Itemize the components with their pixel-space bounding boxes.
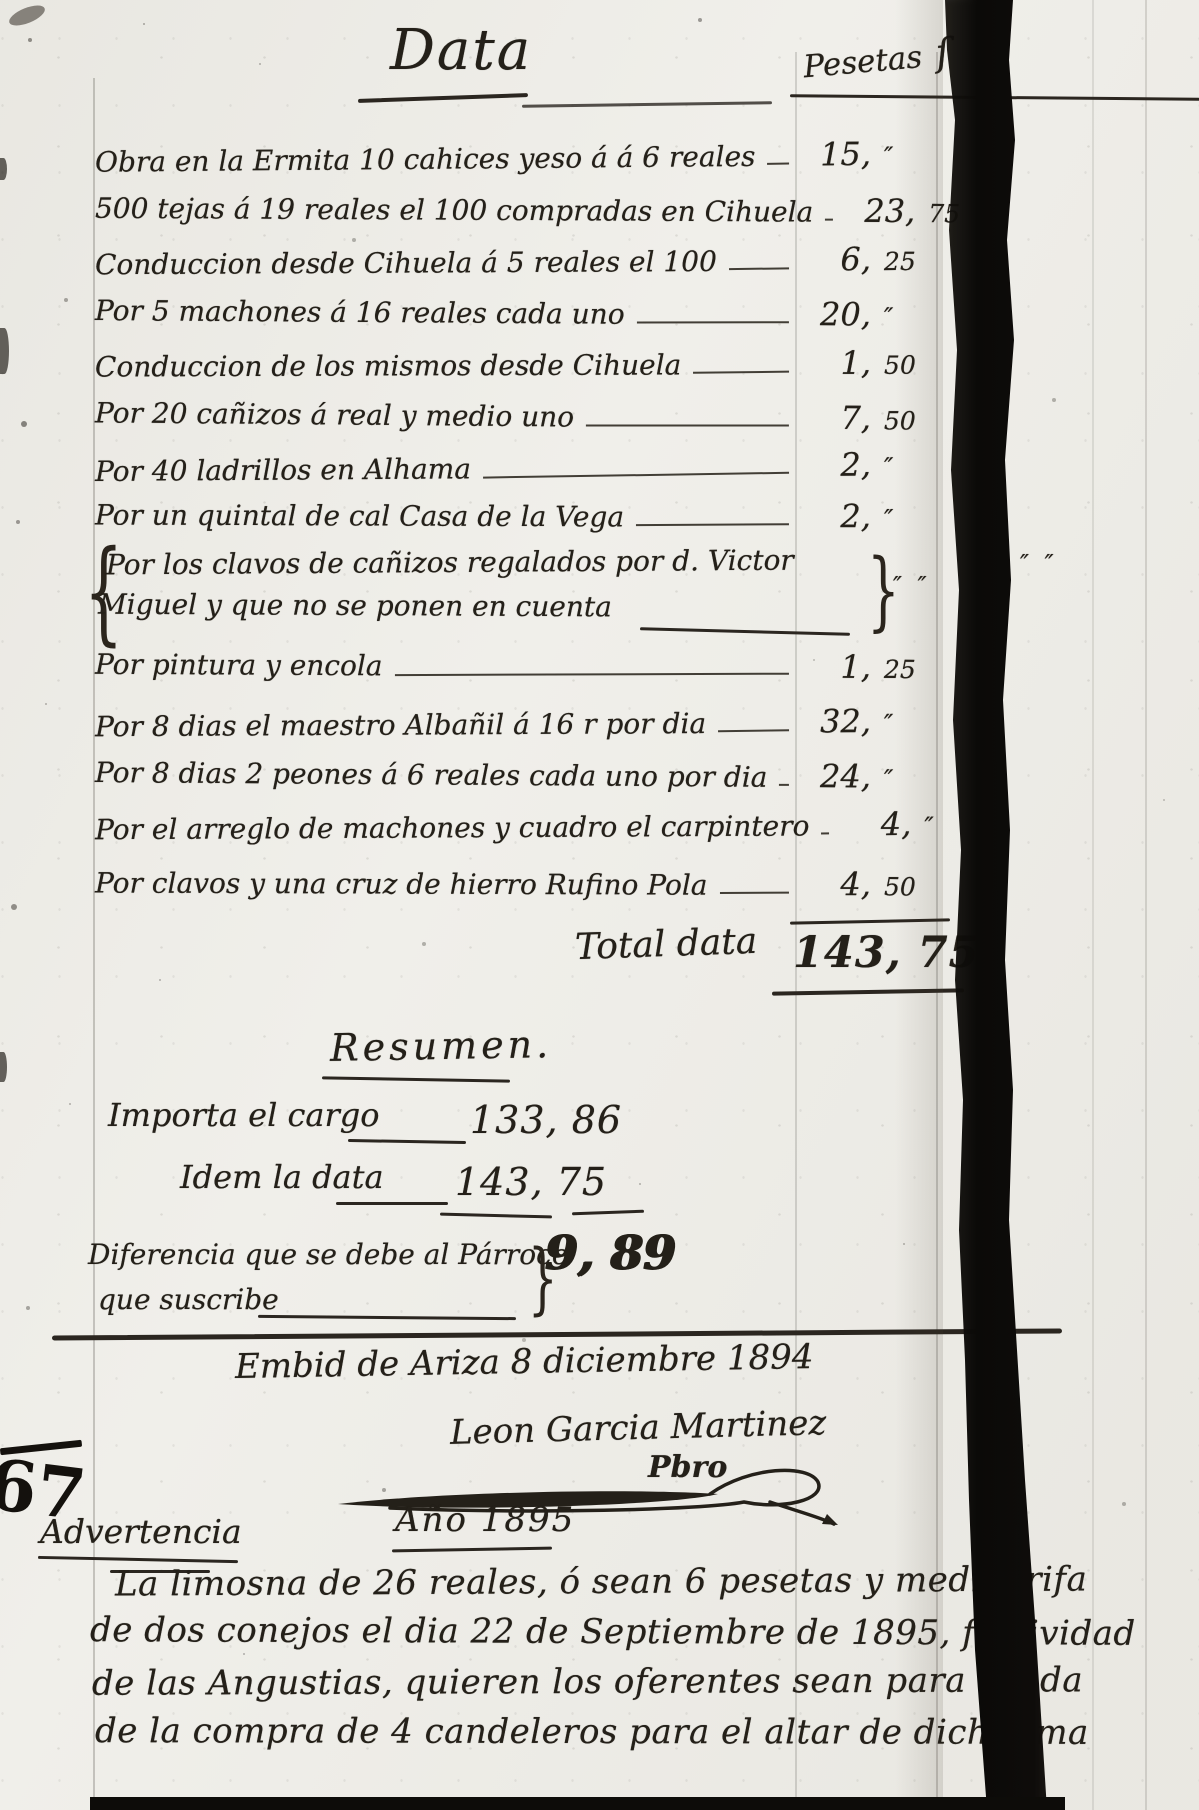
ledger-row: Por 8 dias 2 peones á 6 reales cada uno …: [95, 752, 940, 796]
entry-description: Miguel y que no se ponen en cuenta: [98, 588, 612, 624]
entry-amount-centimos: ″: [871, 504, 940, 533]
entry-amount-pesetas: 24,: [799, 757, 871, 796]
entry-amount-pesetas: 23,: [843, 192, 915, 230]
title-underline: [358, 93, 528, 103]
ledger-row: Por 20 cañizos á real y medio uno7,50: [95, 392, 940, 437]
resumen-heading: Resumen.: [330, 1022, 553, 1070]
page-title: Data: [390, 18, 532, 83]
entry-leader-line: [483, 472, 789, 479]
entry-description: Por 8 dias 2 peones á 6 reales cada uno …: [95, 756, 768, 794]
dateline: Embid de Ariza 8 diciembre 1894: [235, 1337, 814, 1387]
entry-amount-centimos: ″: [871, 141, 940, 171]
entry-leader-line: [821, 832, 829, 834]
note-year-heading: Año 1895: [395, 1500, 575, 1540]
entry-description: Por pintura y encola: [95, 648, 383, 683]
entry-description: Por 5 machones á 16 reales cada uno: [95, 294, 625, 331]
scanned-ledger-page: Data Pesetasſ Obra en la Ermita 10 cahic…: [0, 0, 1199, 1810]
entry-amount-centimos: 25: [871, 655, 940, 684]
edge-mark: [0, 158, 7, 180]
entry-description: Por los clavos de cañizos regalados por …: [106, 544, 794, 582]
note-line: de las Angustias, quieren los oferentes …: [92, 1660, 1083, 1703]
binding-shadow-band: [935, 0, 1075, 1810]
ledger-row: Obra en la Ermita 10 cahices yeso á á 6 …: [95, 134, 940, 179]
difference-label-line2: que suscribe: [98, 1283, 279, 1316]
entry-leader-line: [719, 892, 788, 894]
ledger-row: Por clavos y una cruz de hierro Rufino P…: [95, 863, 940, 904]
entry-amount-pesetas: 2,: [799, 497, 871, 535]
data-label: Idem la data: [180, 1158, 384, 1196]
entry-leader-line: [768, 163, 790, 165]
entry-leader-line: [729, 267, 789, 270]
entry-amount-centimos: ″: [871, 764, 940, 793]
resumen-underline: [322, 1076, 510, 1082]
cargo-amount: 133, 86: [470, 1098, 622, 1142]
ledger-row: Por pintura y encola1,25: [95, 644, 940, 686]
entry-amount-centimos: 50: [871, 351, 940, 380]
ledger-row: Conduccion desde Cihuela á 5 reales el 1…: [95, 240, 940, 282]
entry-amount-pesetas: 6,: [799, 240, 871, 278]
paper-specks: [0, 0, 4, 4]
entry-leader-line: [637, 321, 789, 323]
right-edge-line: [1145, 0, 1147, 1810]
edge-mark: [0, 1052, 7, 1082]
title-underline-tail: [522, 101, 772, 107]
entry-description: Conduccion de los mismos desde Cihuela: [95, 348, 681, 383]
note-line: de la compra de 4 candeleros para el alt…: [95, 1711, 1089, 1753]
ledger-row: Por 40 ladrillos en Alhama2,″: [95, 445, 940, 489]
ledger-row: Por 8 dias el maestro Albañil á 16 r por…: [95, 702, 940, 744]
entry-description: Por un quintal de cal Casa de la Vega: [95, 499, 624, 534]
cargo-label: Importa el cargo: [108, 1096, 380, 1134]
total-label: Total data: [574, 921, 758, 968]
note-label-underline: [38, 1556, 238, 1563]
entry-amount-ditto: ″ ″: [893, 572, 931, 600]
entry-leader-line: [718, 729, 789, 732]
ledger-row: Por el arreglo de machones y cuadro el c…: [95, 805, 940, 847]
edge-mark: [0, 328, 9, 374]
entry-amount-centimos: ″: [871, 709, 940, 738]
entry-amount-pesetas: 20,: [799, 295, 871, 334]
total-amount: 143, 75: [793, 928, 980, 978]
entry-description: Conduccion desde Cihuela á 5 reales el 1…: [95, 245, 717, 281]
entry-description: 500 tejas á 19 reales el 100 compradas e…: [95, 192, 813, 229]
ledger-row: 500 tejas á 19 reales el 100 compradas e…: [95, 188, 940, 230]
signature: Leon Garcia Martinez: [450, 1403, 827, 1453]
entry-amount-centimos: 25: [871, 247, 940, 276]
entry-amount-pesetas: 1,: [799, 647, 871, 685]
entry-leader-line: [636, 523, 789, 526]
difference-label-line1: Diferencia que se debe al Párroco: [88, 1238, 569, 1271]
note-year-underline: [392, 1547, 552, 1553]
entry-amount-pesetas: 7,: [799, 398, 871, 437]
entry-amount-centimos: ″: [871, 452, 940, 481]
ledger-row: Por 5 machones á 16 reales cada uno20,″: [95, 290, 940, 334]
entry-description: Por 40 ladrillos en Alhama: [95, 452, 471, 488]
entry-amount-pesetas: 2,: [799, 446, 871, 485]
entry-description: Por el arreglo de machones y cuadro el c…: [95, 809, 810, 846]
note-line: La limosna de 26 reales, ó sean 6 peseta…: [115, 1559, 1087, 1604]
data-amount-underline: [572, 1210, 644, 1216]
entry-amount-centimos: 50: [871, 872, 940, 901]
data-amount: 143, 75: [455, 1160, 607, 1204]
entry-description: Obra en la Ermita 10 cahices yeso á á 6 …: [95, 140, 756, 179]
cargo-leader-line: [348, 1139, 466, 1144]
ledger-row: Conduccion de los mismos desde Cihuela1,…: [95, 344, 940, 385]
entry-leader-line: [394, 673, 788, 676]
entry-description: Por clavos y una cruz de hierro Rufino P…: [95, 867, 708, 902]
data-amount-underline: [440, 1213, 552, 1219]
entry-leader-line: [640, 627, 850, 635]
entry-amount-centimos: ″: [871, 302, 940, 331]
entry-amount-pesetas: 15,: [799, 135, 871, 174]
entry-leader-line: [825, 219, 833, 221]
corner-smudge: [7, 1, 48, 29]
entry-leader-line: [693, 371, 789, 374]
data-leader-line: [336, 1202, 448, 1205]
entry-amount-pesetas: 4,: [799, 865, 871, 903]
entry-leader-line: [779, 784, 789, 786]
entry-description: Por 8 dias el maestro Albañil á 16 r por…: [95, 707, 706, 743]
ledger-row: Por un quintal de cal Casa de la Vega2,″: [95, 495, 940, 536]
difference-amount: 9, 89: [545, 1226, 676, 1281]
entry-amount-pesetas: 32,: [799, 702, 871, 740]
entry-description: Por 20 cañizos á real y medio uno: [95, 396, 574, 433]
entry-leader-line: [586, 424, 789, 426]
entry-amount-pesetas: 1,: [799, 344, 871, 382]
entry-amount-pesetas: 4,: [839, 805, 911, 843]
entry-amount-centimos: 50: [871, 406, 940, 436]
difference-leader-line: [258, 1315, 516, 1320]
right-crease-line: [1092, 0, 1094, 1810]
entry-amount-ditto: ″ ″: [1020, 550, 1058, 578]
margin-mark: 67: [0, 1442, 90, 1536]
scan-bottom-bar: [90, 1797, 1065, 1810]
